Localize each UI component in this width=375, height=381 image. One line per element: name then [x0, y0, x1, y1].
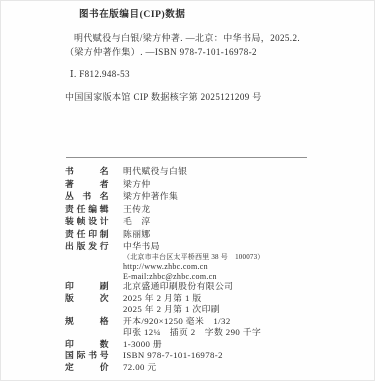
- row-series-title: 丛书名 梁方仲著作集: [65, 190, 311, 203]
- divider-top: [66, 157, 307, 158]
- row-label: 印数: [65, 339, 109, 351]
- row-value: 1-3000 册: [123, 339, 162, 351]
- row-edition: 版次 2025 年 2 月第 1 版: [65, 293, 311, 305]
- row-label: 定价: [65, 362, 109, 374]
- row-value: 中华书局: [123, 240, 160, 253]
- row-label: 装帧设计: [65, 215, 109, 228]
- publisher-website: http://www.zhbc.com.cn: [123, 262, 311, 272]
- publisher-email: E-mail:zhbc@zhbc.com.cn: [123, 272, 311, 282]
- cip-heading: 图书在版编目(CIP)数据: [65, 8, 311, 23]
- row-author: 著者 梁方仲: [65, 178, 311, 191]
- row-value: ISBN 978-7-101-16978-2: [123, 350, 223, 362]
- row-label: 责任编辑: [65, 203, 109, 216]
- row-label: 印刷: [65, 281, 109, 293]
- row-label: 丛书名: [65, 190, 109, 203]
- row-value: 王传龙: [123, 203, 151, 216]
- row-value: 北京盛通印刷股份有限公司: [123, 281, 233, 293]
- row-isbn: 国际书号 ISBN 978-7-101-16978-2: [65, 350, 311, 362]
- row-publisher: 出版发行 中华书局: [65, 240, 311, 253]
- edition-printing-line: 2025 年 2 月第 1 次印刷: [123, 304, 311, 316]
- row-value: 陈丽娜: [123, 228, 151, 241]
- row-label: 规格: [65, 316, 109, 328]
- row-label: 出版发行: [65, 240, 109, 253]
- row-book-title: 书名 明代赋役与白银: [65, 165, 311, 178]
- row-value: 梁方仲著作集: [123, 190, 178, 203]
- row-value: 2025 年 2 月第 1 版: [123, 293, 202, 305]
- row-price: 定价 72.00 元: [65, 362, 311, 374]
- row-value: 开本/920×1250 毫米 1/32: [123, 316, 231, 328]
- row-cover-design: 装帧设计 毛 淳: [65, 215, 311, 228]
- row-format: 规格 开本/920×1250 毫米 1/32: [65, 316, 311, 328]
- colophon-table: 书名 明代赋役与白银 著者 梁方仲 丛书名 梁方仲著作集 责任编辑 王传龙 装帧…: [65, 165, 311, 373]
- copyright-page: 图书在版编目(CIP)数据 明代赋役与白银/梁方仲著. —北京：中华书局，202…: [0, 0, 375, 381]
- row-value: 毛 淳: [123, 215, 151, 228]
- cip-description: 明代赋役与白银/梁方仲著. —北京：中华书局，2025.2.（梁方仲著作集）. …: [65, 31, 311, 59]
- cip-record-number: 中国国家版本馆 CIP 数据核字第 2025121209 号: [65, 91, 311, 104]
- publisher-address: （北京市丰台区太平桥西里 38 号 100073）: [123, 253, 311, 263]
- row-print-supervisor: 责任印制 陈丽娜: [65, 228, 311, 241]
- row-value: 72.00 元: [123, 362, 157, 374]
- format-detail-line: 印张 12¼ 插页 2 字数 290 千字: [123, 327, 311, 339]
- row-value: 明代赋役与白银: [123, 165, 187, 178]
- row-label: 书名: [65, 165, 109, 178]
- row-print-run: 印数 1-3000 册: [65, 339, 311, 351]
- cip-classification: Ⅰ. F812.948-53: [65, 68, 311, 81]
- row-label: 版次: [65, 293, 109, 305]
- row-label: 责任印制: [65, 228, 109, 241]
- row-printer: 印刷 北京盛通印刷股份有限公司: [65, 281, 311, 293]
- row-label: 国际书号: [65, 350, 109, 362]
- row-label: 著者: [65, 178, 109, 191]
- row-managing-editor: 责任编辑 王传龙: [65, 203, 311, 216]
- row-value: 梁方仲: [123, 178, 151, 191]
